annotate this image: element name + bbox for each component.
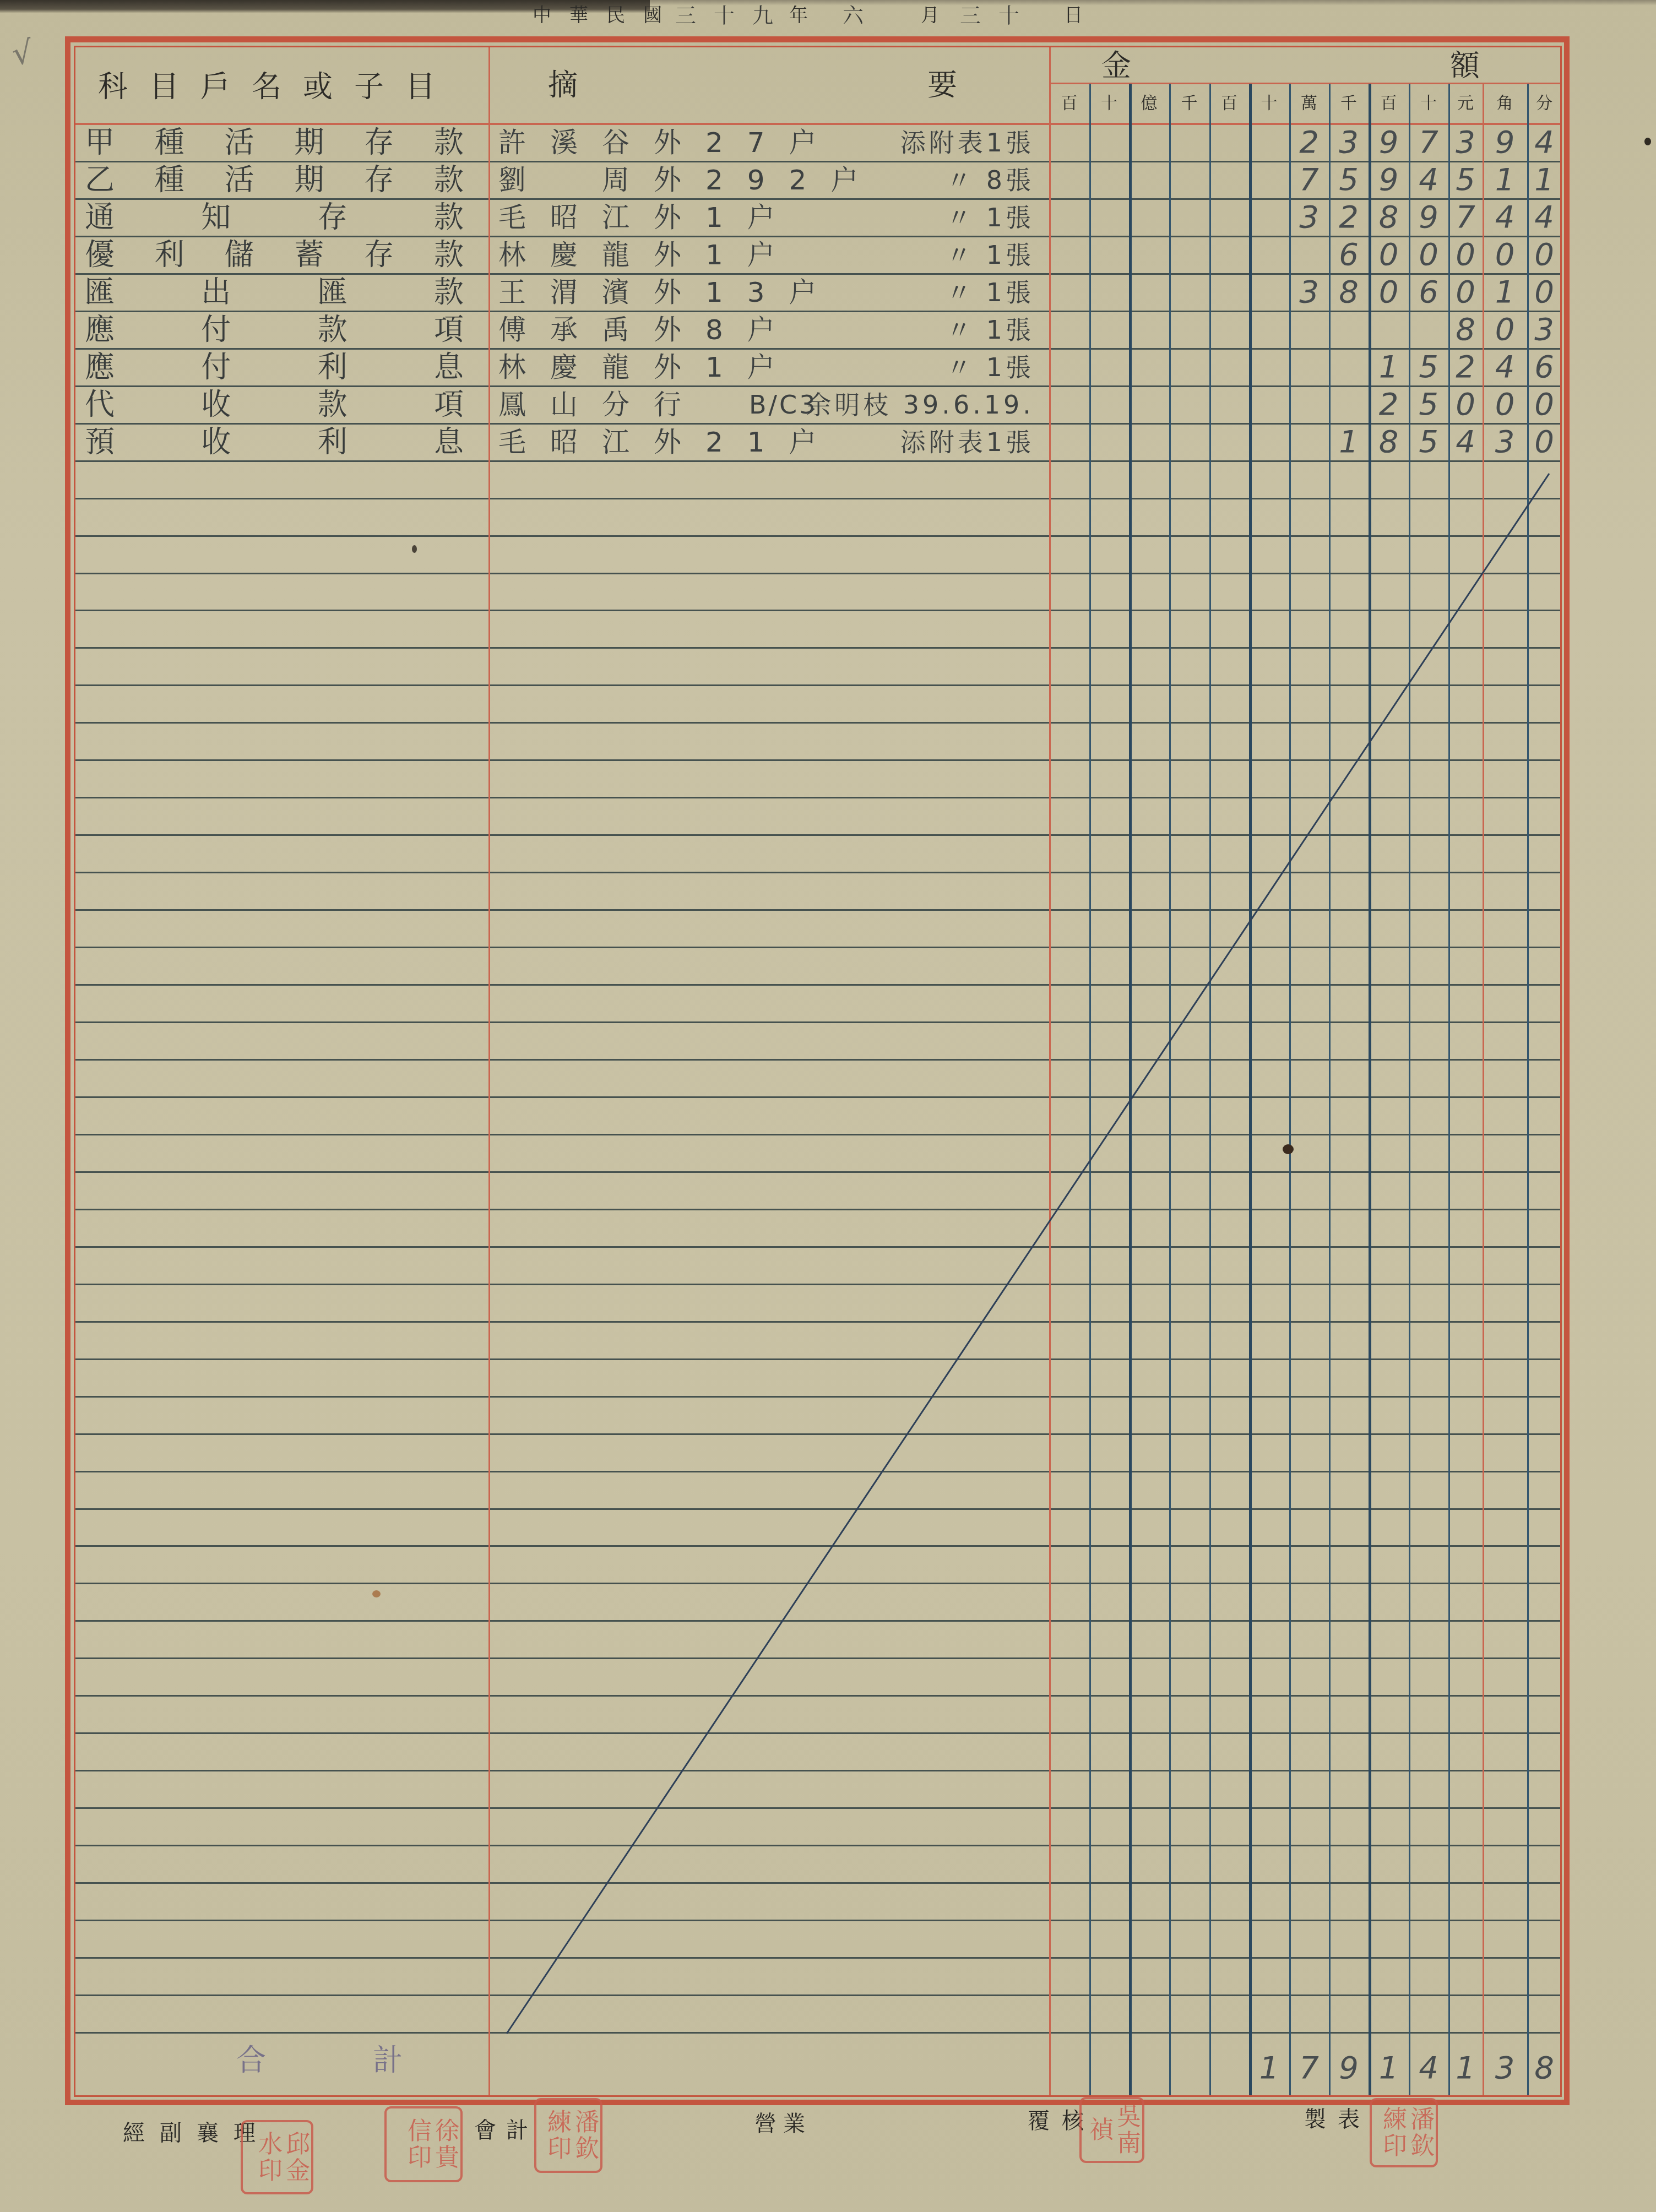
summary-text: 劉 周外292户 [498,162,882,198]
amount-digit [1089,2046,1129,2090]
amount-digit: 8 [1329,275,1369,310]
date-year: 三十九 [675,4,791,26]
summary-text: 鳳山分行 [498,387,705,422]
seal-accounting-left: 徐貴信印 [384,2106,463,2182]
amount-digit [1169,162,1209,198]
amount-digit [1329,387,1369,422]
amount-digit [1169,237,1209,273]
amount-digit: 0 [1527,387,1561,422]
table-row: 乙種活期存款劉 周外292户〃 8張7594511 [75,162,1560,200]
summary-note: 〃 8張 [946,162,1034,198]
amount-digit [1089,237,1129,273]
amount-digit: 0 [1483,237,1527,273]
paper-hole [1283,1144,1294,1154]
amount-digit [1329,350,1369,385]
amount-digit [1249,350,1289,385]
amount-digit: 7 [1409,125,1448,160]
amount-digit: 4 [1483,200,1527,235]
amount-digit: 3 [1289,200,1329,235]
amount-digit [1289,312,1329,347]
amount-digit: 0 [1483,312,1527,347]
amount-digit: 0 [1448,387,1483,422]
summary-note: 添附表1張 [900,425,1034,460]
amount-digit [1209,162,1249,198]
date-day-unit: 日 [1064,4,1083,26]
amount-digit [1089,200,1129,235]
amount-digit: 0 [1448,237,1483,273]
amount-digit [1049,275,1089,310]
account-name: 通知存款 [85,200,464,235]
frame-border-bottom-inner [74,2095,1562,2097]
amount-digit [1129,350,1169,385]
amount-digit [1409,312,1448,347]
signature-label-prepared: 製表 [1304,2107,1371,2132]
amount-digit: 7 [1289,2046,1329,2090]
table-row: 應付利息林慶龍外1户〃 1張15246 [75,350,1560,387]
amount-digit [1089,312,1129,347]
amount-digit [1129,387,1169,422]
digit-place-header: 百 [1369,91,1409,116]
amount-digit: 0 [1369,237,1409,273]
check-mark-icon: √ [9,33,35,73]
amount-digit: 7 [1289,162,1329,198]
frame-border-left [65,36,70,2105]
date-month-unit: 月 [921,4,940,26]
amount-digit [1249,125,1289,160]
amount-digit [1169,425,1209,460]
amount-digit: 9 [1369,125,1409,160]
digit-place-header: 百 [1049,91,1089,116]
seal-prepared: 潘欽練印 [1370,2098,1438,2167]
amount-digit: 9 [1409,200,1448,235]
digit-place-header: 十 [1409,91,1448,116]
summary-note: 〃 1張 [946,200,1034,235]
amount-digit [1089,162,1129,198]
amount-digit: 1 [1448,2046,1483,2090]
amount-digit: 0 [1448,275,1483,310]
digit-place-header: 角 [1483,91,1527,116]
amount-digit: 1 [1329,425,1369,460]
summary-note: 〃 1張 [946,350,1034,385]
frame-border-top-inner [74,46,1562,47]
amount-digit [1169,312,1209,347]
amount-digit [1129,425,1169,460]
amount-digit: 4 [1448,425,1483,460]
header-summary-1: 摘 [548,69,578,102]
amount-digit [1169,200,1209,235]
digit-place-header: 千 [1329,91,1369,116]
amount-digit [1129,125,1169,160]
amount-digit [1209,237,1249,273]
amount-digit: 0 [1369,275,1409,310]
amount-digit [1169,125,1209,160]
amount-digit: 4 [1527,125,1561,160]
account-name: 乙種活期存款 [85,162,464,198]
seal-manager: 邱金水印 [241,2120,313,2194]
frame-border-bottom [65,2100,1570,2105]
amount-digit: 0 [1527,275,1561,310]
summary-text: 毛昭江外21户 [498,425,841,460]
summary-note: 〃 1張 [946,312,1034,347]
amount-digit: 1 [1527,162,1561,198]
summary-text: 毛昭江外1户 [498,200,799,235]
amount-digit [1209,125,1249,160]
amount-digit [1289,425,1329,460]
amount-digit [1089,425,1129,460]
amount-digit [1209,312,1249,347]
account-name: 預收利息 [85,425,464,460]
amount-digit: 1 [1483,162,1527,198]
amount-digit: 0 [1527,237,1561,273]
summary-note: 〃 1張 [946,237,1034,273]
amount-digit [1129,2046,1169,2090]
frame-border-right [1564,36,1570,2105]
amount-digit: 5 [1409,387,1448,422]
seal-review: 吳南禎 [1079,2097,1144,2163]
amount-digit: 3 [1448,125,1483,160]
amount-digit: 6 [1409,275,1448,310]
digit-place-header: 千 [1169,91,1209,116]
amount-digit: 8 [1527,2046,1561,2090]
amount-digit [1249,162,1289,198]
amount-digit: 5 [1409,350,1448,385]
amount-digit: 5 [1409,425,1448,460]
amount-digit [1329,312,1369,347]
amount-digit: 2 [1369,387,1409,422]
amount-digit: 5 [1329,162,1369,198]
account-name: 甲種活期存款 [85,125,464,160]
digit-place-header: 百 [1209,91,1249,116]
amount-digit: 2 [1329,200,1369,235]
amount-digit: 4 [1409,2046,1448,2090]
total-amount: 17914138 [0,2046,1656,2090]
account-name: 代收款項 [85,387,464,422]
amount-digit: 6 [1527,350,1561,385]
digit-place-header: 億 [1129,91,1169,116]
amount-digit [1129,162,1169,198]
amount-digit [1209,200,1249,235]
amount-digit [1049,425,1089,460]
account-name: 應付利息 [85,350,464,385]
amount-digit [1369,312,1409,347]
amount-digit [1249,312,1289,347]
amount-digit [1049,125,1089,160]
amount-digit [1249,275,1289,310]
stain-spot [372,1590,381,1597]
amount-digit [1209,2046,1249,2090]
amount-digit: 3 [1483,2046,1527,2090]
account-name: 匯出匯款 [85,275,464,310]
amount-digit: 1 [1369,2046,1409,2090]
account-name: 優利儲蓄存款 [85,237,464,273]
binding-hole [1644,138,1651,145]
amount-digit [1289,237,1329,273]
table-row: 應付款項傅承禹外8户〃 1張803 [75,312,1560,350]
amount-digit [1129,200,1169,235]
summary-text: 傅承禹外8户 [498,312,799,347]
amount-digit: 2 [1289,125,1329,160]
amount-digit: 1 [1483,275,1527,310]
signature-label-business: 營業 [754,2112,812,2136]
amount-digit: 3 [1289,275,1329,310]
amount-digit [1289,387,1329,422]
date-month: 六 [843,4,864,26]
amount-digit [1209,425,1249,460]
amount-digit: 3 [1527,312,1561,347]
summary-text: 林慶龍外1户 [498,350,799,385]
digit-place-header: 萬 [1289,91,1329,116]
amount-digit [1169,387,1209,422]
amount-digit [1049,200,1089,235]
amount-digit: 1 [1249,2046,1289,2090]
amount-digit [1049,350,1089,385]
ledger-page: √ 中華民國 三十九 年 六 月 三十 日 科目戶名或子目 摘 要 金 額 百十… [0,0,1656,2212]
amount-digit [1089,350,1129,385]
amount-digit: 8 [1369,425,1409,460]
amount-digit [1049,2046,1089,2090]
amount-digit [1249,425,1289,460]
table-row: 優利儲蓄存款林慶龍外1户〃 1張600000 [75,237,1560,275]
summary-text: 許溪谷外27户 [498,125,841,160]
header-amount-2: 額 [1450,50,1480,83]
header-amount-1: 金 [1101,50,1131,83]
amount-digit: 5 [1448,162,1483,198]
summary-text: 林慶龍外1户 [498,237,799,273]
amount-digit [1129,275,1169,310]
table-row: 甲種活期存款許溪谷外27户添附表1張2397394 [75,125,1560,162]
summary-note: 〃 1張 [946,275,1034,310]
amount-digit [1169,2046,1209,2090]
frame-border-top [65,36,1570,42]
table-row: 通知存款毛昭江外1户〃 1張3289744 [75,200,1560,237]
date-day: 三十 [960,4,1037,26]
amount-digit: 8 [1448,312,1483,347]
amount-digit: 1 [1369,350,1409,385]
digit-place-header: 十 [1089,91,1129,116]
amount-digit: 0 [1527,425,1561,460]
amount-digit: 0 [1483,387,1527,422]
amount-digit: 6 [1329,237,1369,273]
date-era: 中華民國 [533,4,680,26]
amount-digit [1169,350,1209,385]
amount-digit [1089,387,1129,422]
digit-place-header: 分 [1527,91,1561,116]
amount-digit [1209,350,1249,385]
amount-digit: 2 [1448,350,1483,385]
amount-digit [1049,162,1089,198]
table-row: 預收利息毛昭江外21户添附表1張185430 [75,425,1560,462]
date-year-unit: 年 [789,4,808,26]
amount-digit: 8 [1369,200,1409,235]
amount-digit [1129,312,1169,347]
amount-digit [1169,275,1209,310]
amount-digit: 4 [1527,200,1561,235]
amount-digit: 9 [1483,125,1527,160]
amount-digit: 3 [1329,125,1369,160]
amount-digit: 9 [1369,162,1409,198]
header-summary-2: 要 [927,69,957,102]
amount-digit: 9 [1329,2046,1369,2090]
amount-digit: 4 [1409,162,1448,198]
amount-digit [1089,275,1129,310]
table-row: 代收款項鳳山分行B/C3余明枝 39.6.19.25000 [75,387,1560,425]
amount-digit [1249,200,1289,235]
summary-note: 添附表1張 [900,125,1034,160]
amount-digit [1049,237,1089,273]
amount-digit [1089,125,1129,160]
amount-digit [1289,350,1329,385]
amount-digit: 0 [1409,237,1448,273]
amount-digit: 3 [1483,425,1527,460]
digit-place-header: 元 [1448,91,1483,116]
digit-place-header: 十 [1249,91,1289,116]
summary-text: 王渭濱外13户 [498,275,841,310]
summary-note: 余明枝 39.6.19. [806,387,1034,422]
amount-digit [1249,387,1289,422]
amount-digit [1249,237,1289,273]
account-name: 應付款項 [85,312,464,347]
amount-digit [1049,387,1089,422]
amount-digit: 7 [1448,200,1483,235]
amount-digit: 4 [1483,350,1527,385]
stain-dot [412,545,417,553]
seal-accounting-right: 潘欽練印 [534,2098,602,2173]
table-row: 匯出匯款王渭濱外13户〃 1張3806010 [75,275,1560,312]
header-account: 科目戶名或子目 [98,70,457,104]
amount-digit [1129,237,1169,273]
amount-digit [1209,387,1249,422]
signature-label-accounting: 會計 [474,2118,538,2143]
amount-digit [1209,275,1249,310]
amount-digit [1049,312,1089,347]
